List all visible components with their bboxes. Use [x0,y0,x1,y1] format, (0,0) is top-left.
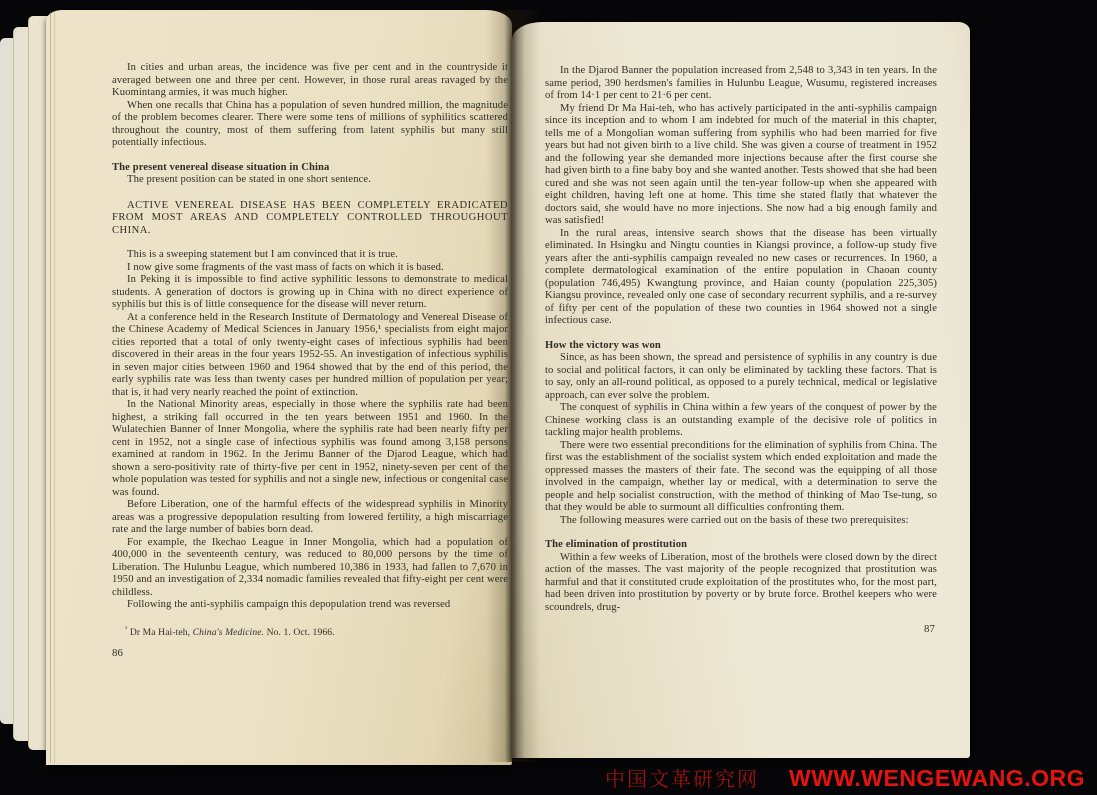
page-86-text-column: In cities and urban areas, the incidence… [112,62,508,660]
watermark-site-url: WWW.WENGEWANG.ORG [789,765,1085,792]
footnote-marker: ¹ [125,624,127,633]
footnote: ¹ Dr Ma Hai-teh, China's Medicine. No. 1… [112,623,508,639]
watermark: 中国文革研究网 WWW.WENGEWANG.ORG [605,763,1085,792]
paragraph: Following the anti-syphilis campaign thi… [112,599,508,612]
capitalized-statement: ACTIVE VENEREAL DISEASE HAS BEEN COMPLET… [112,200,508,238]
paragraph: In Peking it is impossible to find activ… [112,274,508,312]
page-number: 87 [545,623,937,636]
paragraph: In the Djarod Banner the population incr… [545,65,937,103]
section-heading: The present venereal disease situation i… [112,162,508,175]
footnote-source-title: China's Medicine. [193,627,264,638]
paragraph: Before Liberation, one of the harmful ef… [112,499,508,537]
paragraph: Since, as has been shown, the spread and… [545,352,937,402]
watermark-site-name-chinese: 中国文革研究网 [605,763,759,792]
footnote-author: Dr Ma Hai-teh, [130,627,190,638]
section-heading: How the victory was won [545,340,937,353]
page-87-text-column: In the Djarod Banner the population incr… [545,65,937,636]
section-heading: The elimination of prostitution [545,539,937,552]
paragraph: The conquest of syphilis in China within… [545,402,937,440]
paragraph: Within a few weeks of Liberation, most o… [545,552,937,615]
page-number: 86 [112,647,508,660]
paragraph: I now give some fragments of the vast ma… [112,262,508,275]
paragraph: The following measures were carried out … [545,515,937,528]
paragraph: In the National Minority areas, especial… [112,399,508,499]
paragraph: At a conference held in the Research Ins… [112,312,508,400]
paragraph: In cities and urban areas, the incidence… [112,62,508,100]
paragraph: In the rural areas, intensive search sho… [545,228,937,328]
paragraph: When one recalls that China has a popula… [112,100,508,150]
book-scan-photo: In cities and urban areas, the incidence… [0,0,1097,795]
paragraph: The present position can be stated in on… [112,174,508,187]
paragraph: This is a sweeping statement but I am co… [112,249,508,262]
paragraph: For example, the Ikechao League in Inner… [112,537,508,600]
paragraph: There were two essential preconditions f… [545,440,937,515]
paragraph: My friend Dr Ma Hai-teh, who has activel… [545,103,937,228]
footnote-citation: No. 1. Oct. 1966. [267,627,335,638]
